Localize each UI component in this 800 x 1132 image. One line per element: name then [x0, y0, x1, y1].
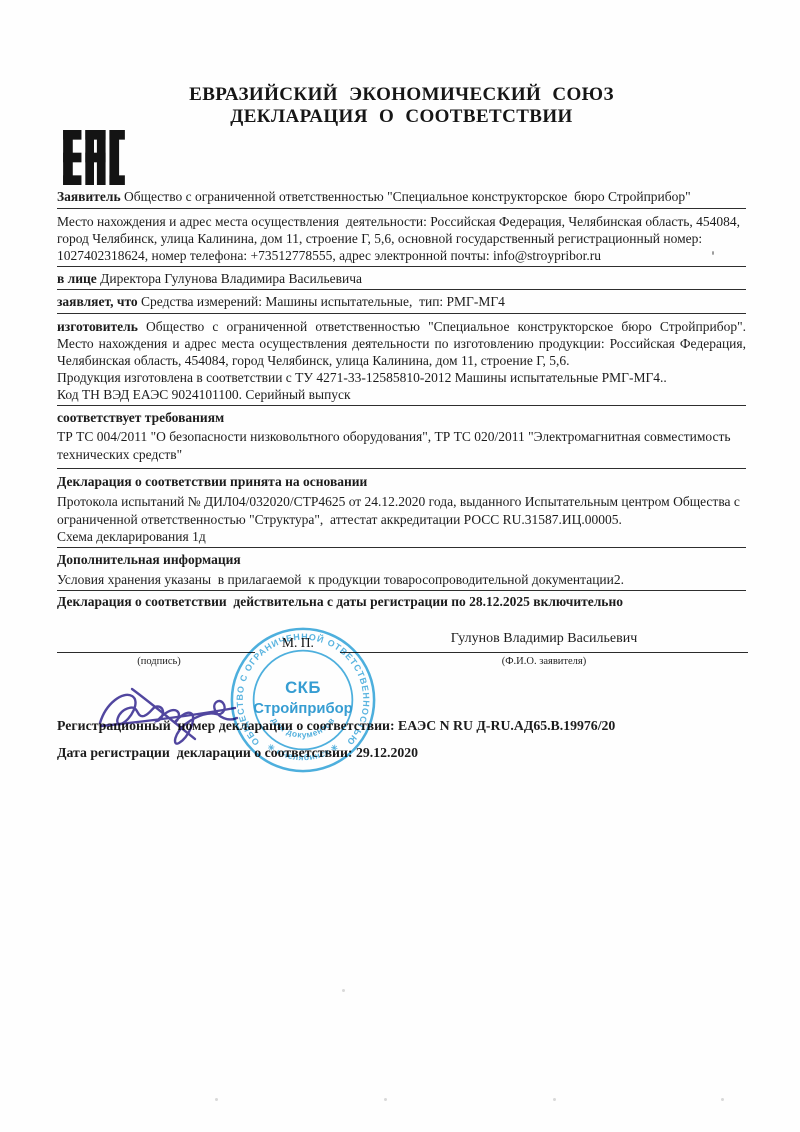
stamp-center-line2: Стройприбор [253, 701, 352, 717]
field-applicant-value: Общество с ограниченной ответственностью… [121, 189, 691, 204]
field-produced: Продукция изготовлена в соответствии с Т… [57, 369, 746, 387]
heading-basis: Декларация о соответствии принята на осн… [57, 473, 746, 490]
field-declares-label: заявляет, что [57, 294, 138, 309]
field-person: в лице Директора Гулунова Владимира Васи… [57, 270, 746, 290]
stamp-city-text: ✳ г.Челябинск ✳ [266, 741, 341, 762]
field-scheme: Схема декларирования 1д [57, 528, 746, 548]
field-applicant-label: Заявитель [57, 189, 121, 204]
name-caption: (Ф.И.О. заявителя) [340, 656, 748, 667]
field-tnved-code: Код ТН ВЭД ЕАЭС 9024101100. Серийный вып… [57, 386, 746, 406]
handwritten-signature-icon [85, 675, 260, 753]
field-declares: заявляет, что Средства измерений: Машины… [57, 293, 746, 314]
eac-mark-icon [63, 130, 125, 185]
field-applicant: Заявитель Общество с ограниченной ответс… [57, 188, 746, 209]
declaration-of-conformity-document: ЕВРАЗИЙСКИЙ ЭКОНОМИЧЕСКИЙ СОЮЗ ДЕКЛАРАЦИ… [0, 0, 800, 1132]
field-storage: Условия хранения указаны в прилагаемой к… [57, 571, 746, 591]
scan-artifact [342, 989, 345, 992]
union-title: ЕВРАЗИЙСКИЙ ЭКОНОМИЧЕСКИЙ СОЮЗ [57, 84, 746, 106]
field-protocol: Протокола испытаний № ДИЛ04/032020/СТР46… [57, 493, 746, 528]
scan-artifact [553, 1098, 556, 1101]
field-regulations: ТР ТС 004/2011 "О безопасности низковоль… [57, 428, 746, 469]
field-manufacturer: изготовитель Общество с ограниченной отв… [57, 318, 746, 369]
registration-number-value: ЕАЭС N RU Д-RU.АД65.В.19976/20 [395, 718, 616, 733]
document-content: ЕВРАЗИЙСКИЙ ЭКОНОМИЧЕСКИЙ СОЮЗ ДЕКЛАРАЦИ… [0, 0, 800, 761]
name-line [340, 652, 748, 653]
field-person-label: в лице [57, 271, 97, 286]
field-declares-value: Средства измерений: Машины испытательные… [138, 294, 505, 309]
document-title: ДЕКЛАРАЦИЯ О СООТВЕТСТВИИ [57, 106, 746, 128]
scan-artifact [721, 1098, 724, 1101]
applicant-name: Гулунов Владимир Васильевич [340, 631, 748, 647]
scan-artifact [384, 1098, 387, 1101]
stamp-purpose-text: для документов [269, 715, 336, 739]
scan-artifact [215, 1098, 218, 1101]
field-address: Место нахождения и адрес места осуществл… [57, 213, 746, 267]
stamp-center-line1: СКБ [285, 678, 321, 697]
field-manufacturer-value: Общество с ограниченной ответственностью… [57, 319, 749, 368]
heading-complies: соответствует требованиям [57, 409, 746, 426]
field-validity: Декларация о соответствии действительна … [57, 593, 746, 610]
signature-caption: (подпись) [99, 656, 219, 667]
heading-additional-info: Дополнительная информация [57, 551, 746, 568]
field-address-value: Место нахождения и адрес места осуществл… [57, 214, 743, 263]
field-manufacturer-label: изготовитель [57, 319, 138, 334]
field-person-value: Директора Гулунова Владимира Васильевича [97, 271, 362, 286]
